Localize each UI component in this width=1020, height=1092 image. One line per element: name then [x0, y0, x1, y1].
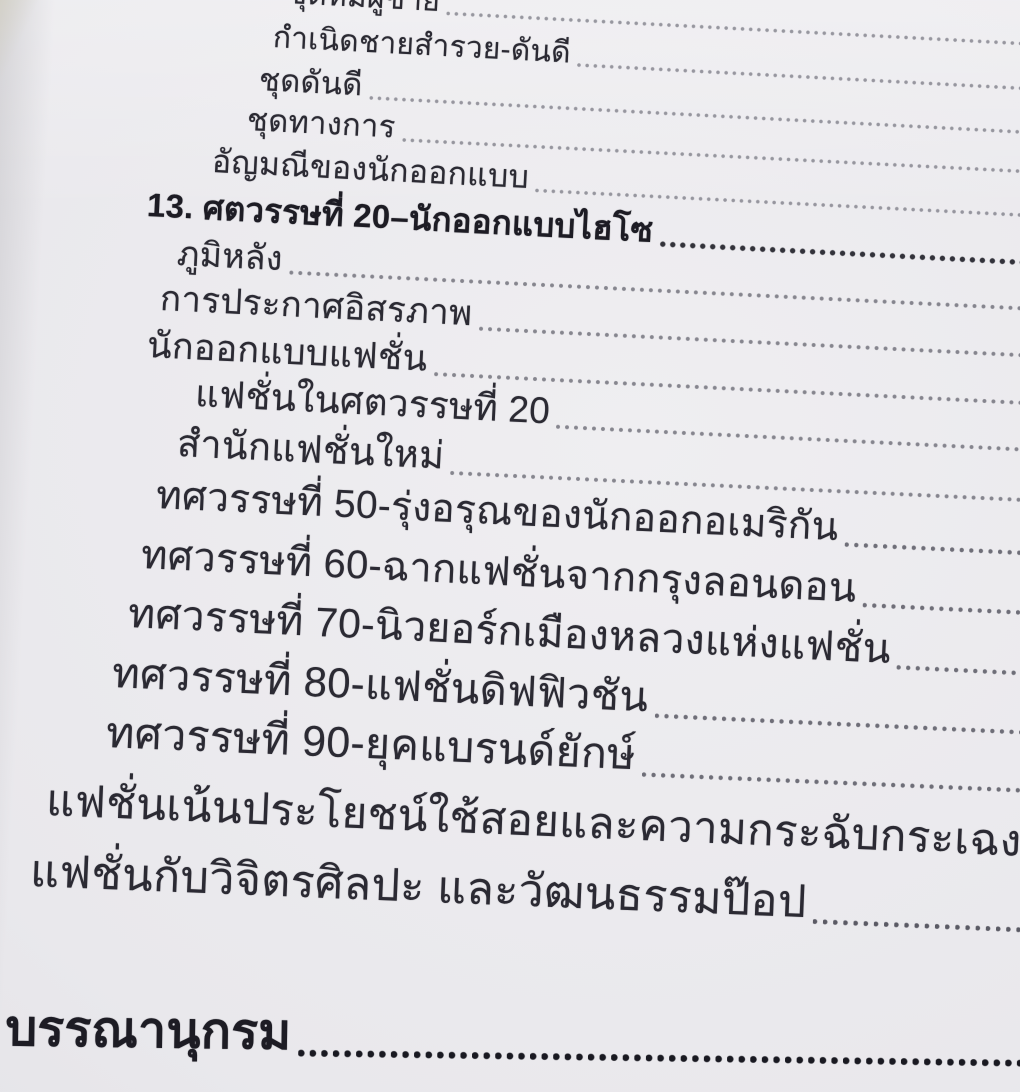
- toc-entry-label: ชุดหมผู้ชาย: [286, 0, 448, 21]
- toc-bibliography-entry: บรรณานุกรม: [5, 996, 1020, 1076]
- toc-entry-label: บรรณานุกรม: [5, 996, 299, 1065]
- dotted-leader: [897, 659, 1020, 680]
- dotted-leader: [862, 597, 1020, 620]
- book-page: ชุดหมผู้ชาย กำเนิดชายสำรวย-ดันดี ชุดดันด…: [0, 0, 1020, 1092]
- toc-entry-label: ชุดดันดี: [258, 60, 371, 106]
- toc-entry-label: ชุดทางการ: [246, 100, 403, 148]
- dotted-leader: [844, 537, 1020, 561]
- dotted-leader: [298, 1044, 1020, 1069]
- toc-entry-label: ภูมิหลัง: [176, 232, 291, 282]
- dotted-leader: [813, 914, 1020, 937]
- dotted-leader: [642, 766, 1020, 797]
